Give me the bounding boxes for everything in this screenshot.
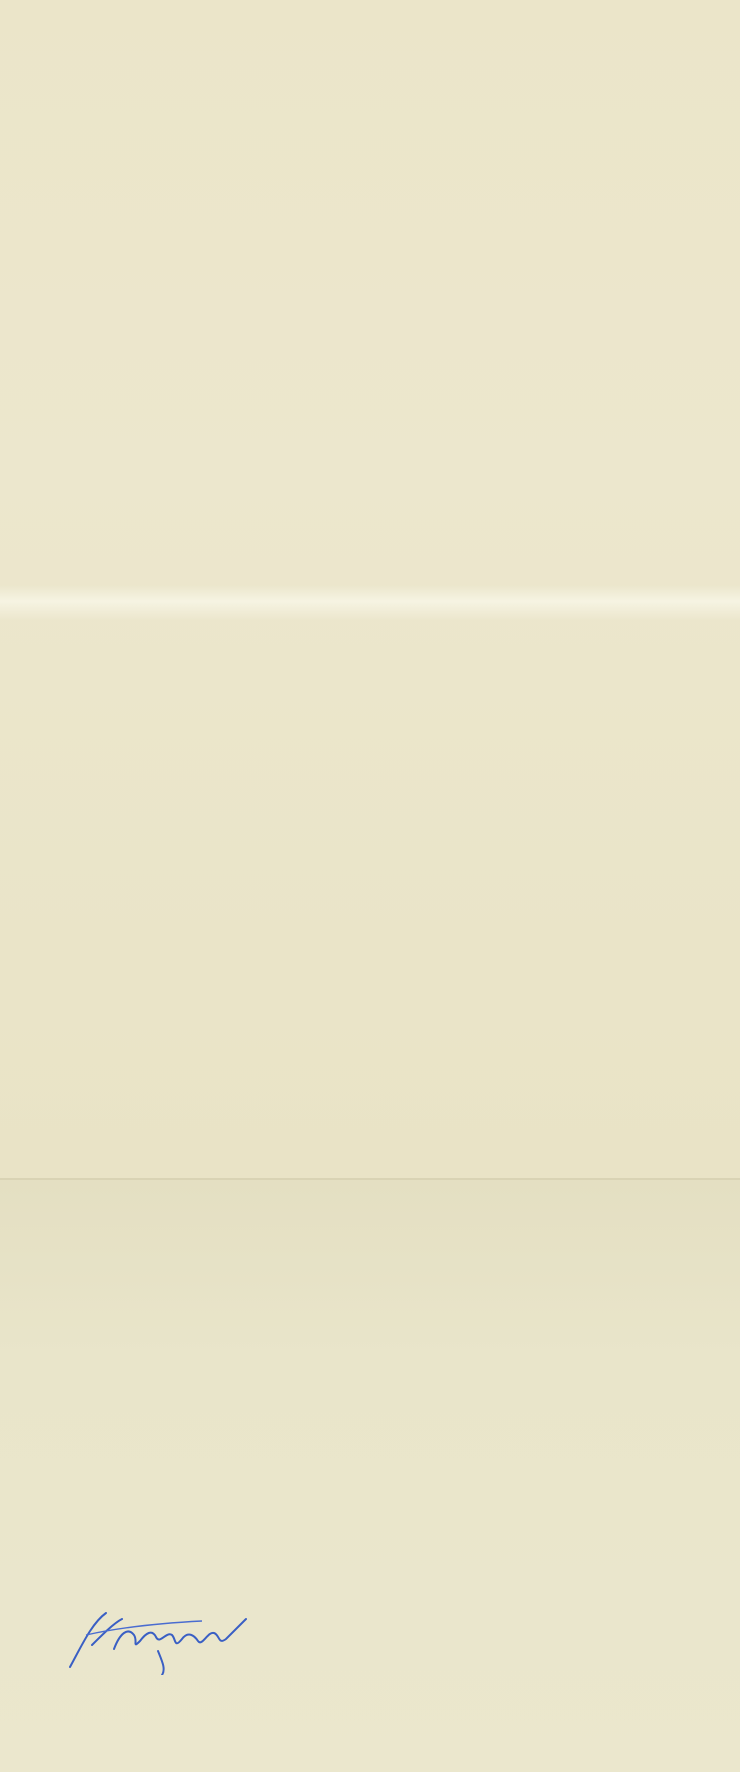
document-page-2: [0, 1178, 740, 1772]
paper-fold-crease: [0, 585, 740, 621]
handwritten-signature: [62, 1605, 262, 1675]
